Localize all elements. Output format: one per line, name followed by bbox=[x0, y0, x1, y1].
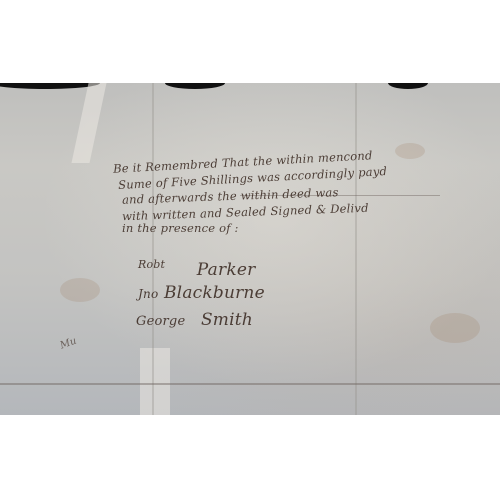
signature-name: Smith bbox=[201, 310, 253, 330]
fold-crease bbox=[71, 83, 106, 163]
signature-name: Parker bbox=[197, 260, 256, 280]
stain bbox=[430, 313, 480, 343]
endorsement-line-5: in the presence of : bbox=[122, 221, 239, 235]
fold-line bbox=[0, 383, 500, 385]
stain bbox=[395, 143, 425, 159]
margin-mark: Mu bbox=[59, 335, 78, 351]
signature-prefix: George bbox=[136, 314, 185, 329]
fold-crease bbox=[140, 348, 170, 415]
document-photo: Be it Remembred That the within mencond … bbox=[0, 83, 500, 415]
signature-2: Jno Blackburne bbox=[138, 283, 265, 303]
signature-prefix: Jno bbox=[138, 287, 158, 301]
signature-name: Blackburne bbox=[164, 283, 265, 303]
fold-line bbox=[355, 83, 357, 415]
signature-prefix: Robt bbox=[138, 258, 165, 271]
edge-shadow bbox=[0, 83, 100, 89]
edge-shadow bbox=[165, 83, 225, 89]
stain bbox=[60, 278, 100, 302]
signature-3: George Smith bbox=[136, 310, 253, 330]
fold-line bbox=[152, 83, 154, 415]
edge-shadow bbox=[388, 83, 428, 89]
signature-1: Robt Parker bbox=[138, 258, 255, 280]
